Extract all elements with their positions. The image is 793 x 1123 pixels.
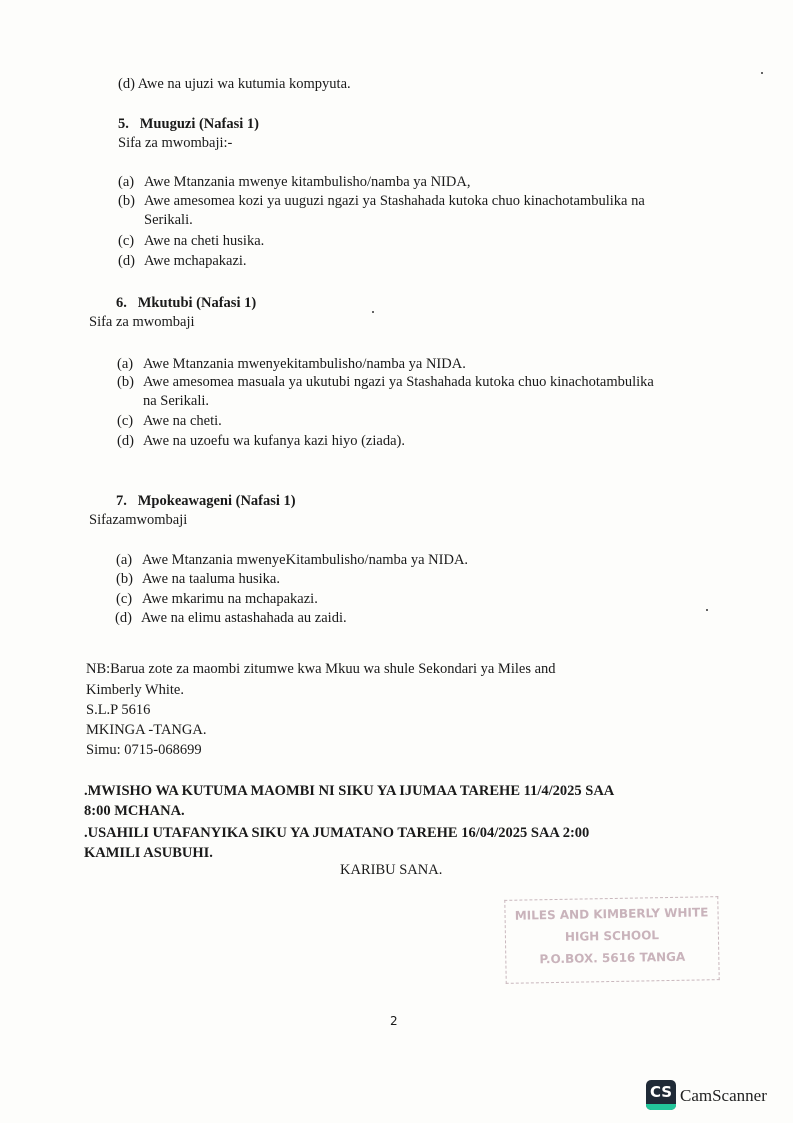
section-5-heading: 5. Muuguzi (Nafasi 1): [118, 116, 259, 133]
section-5-subtitle: Sifa za mwombaji:-: [118, 135, 232, 152]
deadline-line-1: .MWISHO WA KUTUMA MAOMBI NI SIKU YA IJUM…: [84, 783, 614, 800]
list-item: (d)Awe mchapakazi.: [118, 253, 247, 270]
list-item: (d)Awe na uzoefu wa kufanya kazi hiyo (z…: [117, 433, 405, 450]
section-6-subtitle: Sifa za mwombaji: [89, 314, 195, 331]
note-location: MKINGA -TANGA.: [86, 722, 206, 739]
list-item-continuation: Serikali.: [144, 212, 193, 229]
list-item: (b)Awe na taaluma husika.: [116, 571, 280, 588]
camscanner-logo-icon: CS: [646, 1080, 676, 1110]
interview-line-2: KAMILI ASUBUHI.: [84, 845, 213, 862]
section-7-title: Mpokeawageni (Nafasi 1): [138, 493, 296, 509]
interview-line-1: .USAHILI UTAFANYIKA SIKU YA JUMATANO TAR…: [84, 825, 589, 842]
list-item: (b)Awe amesomea masuala ya ukutubi ngazi…: [117, 374, 654, 391]
list-item: (c)Awe na cheti husika.: [118, 233, 264, 250]
camscanner-label: CamScanner: [680, 1086, 767, 1106]
list-item: (c)Awe mkarimu na mchapakazi.: [116, 591, 318, 608]
previous-item-d: (d) Awe na ujuzi wa kutumia kompyuta.: [118, 76, 351, 93]
list-item-continuation: na Serikali.: [143, 393, 209, 410]
list-item: (a)Awe Mtanzania mwenye kitambulisho/nam…: [118, 174, 470, 191]
section-7-subtitle: Sifazamwombaji: [89, 512, 187, 529]
section-5-title: Muuguzi (Nafasi 1): [140, 116, 259, 132]
scan-speck: [761, 72, 763, 74]
section-7-heading: 7. Mpokeawageni (Nafasi 1): [116, 493, 296, 510]
note-phone: Simu: 0715-068699: [86, 742, 202, 759]
list-item: (c)Awe na cheti.: [117, 413, 222, 430]
list-item: (a)Awe Mtanzania mwenyekitambulisho/namb…: [117, 356, 466, 373]
school-stamp: MILES AND KIMBERLY WHITE HIGH SCHOOL P.O…: [504, 896, 719, 984]
scan-speck: [372, 311, 374, 313]
list-item: (a)Awe Mtanzania mwenyeKitambulisho/namb…: [116, 552, 468, 569]
note-line-1: NB:Barua zote za maombi zitumwe kwa Mkuu…: [86, 661, 556, 678]
deadline-line-2: 8:00 MCHANA.: [84, 803, 185, 820]
page-number: 2: [390, 1014, 398, 1028]
section-6-heading: 6. Mkutubi (Nafasi 1): [116, 295, 256, 312]
note-line-2: Kimberly White.: [86, 682, 184, 699]
welcome-text: KARIBU SANA.: [340, 862, 442, 879]
note-po-box: S.L.P 5616: [86, 702, 150, 719]
list-item: (b)Awe amesomea kozi ya uuguzi ngazi ya …: [118, 193, 645, 210]
list-item: (d)Awe na elimu astashahada au zaidi.: [115, 610, 347, 627]
scan-speck: [706, 609, 708, 611]
section-6-title: Mkutubi (Nafasi 1): [138, 295, 256, 311]
